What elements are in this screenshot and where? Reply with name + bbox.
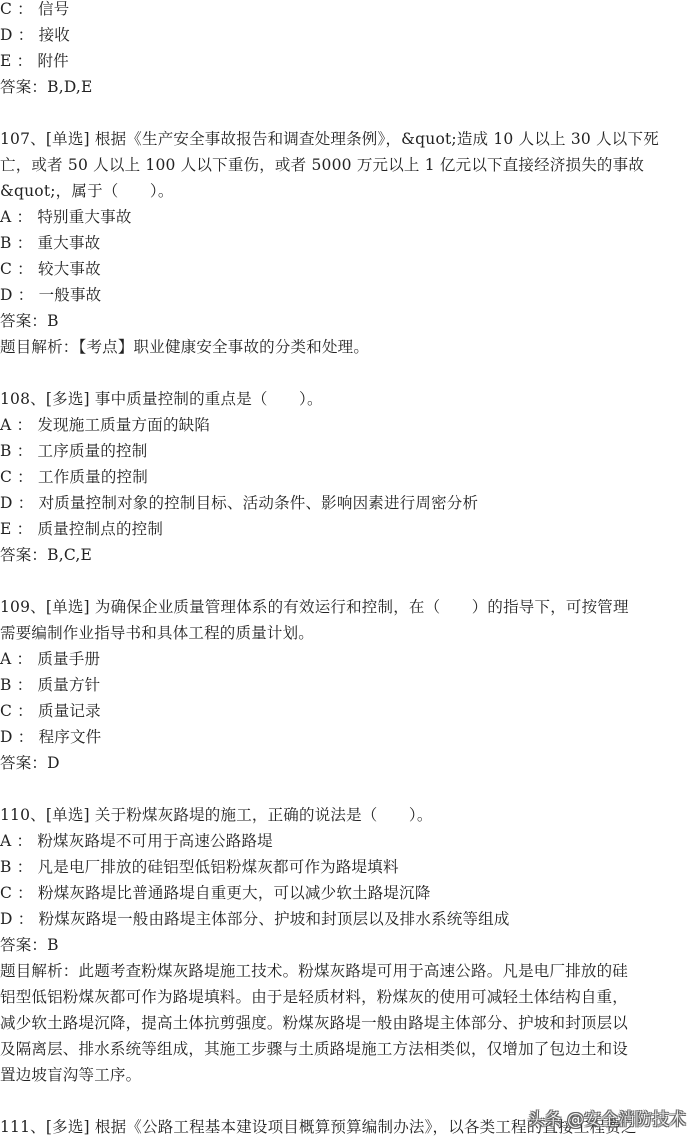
analysis: 置边坡盲沟等工序。 <box>0 1062 700 1088</box>
watermark: 头条 @安全消防技术 <box>528 1105 686 1130</box>
option-b: B ： 质量方针 <box>0 672 700 698</box>
option-d: D ： 一般事故 <box>0 282 700 308</box>
question-stem: 亡，或者 50 人以上 100 人以下重伤，或者 5000 万元以上 1 亿元以… <box>0 152 700 178</box>
option-e: E ： 质量控制点的控制 <box>0 516 700 542</box>
option-c: C ： 信号 <box>0 0 700 22</box>
answer: 答案：B,D,E <box>0 74 700 100</box>
question-stem: 110、[单选] 关于粉煤灰路堤的施工，正确的说法是（ ）。 <box>0 802 700 828</box>
spacer <box>0 100 700 126</box>
option-c: C ： 粉煤灰路堤比普通路堤自重更大，可以减少软土路堤沉降 <box>0 880 700 906</box>
option-b: B ： 凡是电厂排放的硅铝型低铝粉煤灰都可作为路堤填料 <box>0 854 700 880</box>
option-c: C ： 工作质量的控制 <box>0 464 700 490</box>
question-stem: 107、[单选] 根据《生产安全事故报告和调查处理条例》，&quot;造成 10… <box>0 126 700 152</box>
spacer <box>0 776 700 802</box>
analysis: 铝型低铝粉煤灰都可作为路堤填料。由于是轻质材料，粉煤灰的使用可减轻土体结构自重， <box>0 984 700 1010</box>
document-page: C ： 信号 D ： 接收 E ： 附件 答案：B,D,E 107、[单选] 根… <box>0 0 700 1136</box>
option-e: E ： 附件 <box>0 48 700 74</box>
analysis: 题目解析：此题考查粉煤灰路堤施工技术。粉煤灰路堤可用于高速公路。凡是电厂排放的硅 <box>0 958 700 984</box>
option-b: B ： 重大事故 <box>0 230 700 256</box>
answer: 答案：B,C,E <box>0 542 700 568</box>
question-stem: &quot;，属于（ ）。 <box>0 178 700 204</box>
question-fragment: C ： 信号 D ： 接收 E ： 附件 答案：B,D,E <box>0 0 700 100</box>
option-d: D ： 接收 <box>0 22 700 48</box>
answer: 答案：D <box>0 750 700 776</box>
analysis: 题目解析：【考点】职业健康安全事故的分类和处理。 <box>0 334 700 360</box>
analysis: 减少软土路堤沉降，提高土体抗剪强度。粉煤灰路堤一般由路堤主体部分、护坡和封顶层以 <box>0 1010 700 1036</box>
question-108: 108、[多选] 事中质量控制的重点是（ ）。 A ： 发现施工质量方面的缺陷 … <box>0 386 700 568</box>
option-d: D ： 对质量控制对象的控制目标、活动条件、影响因素进行周密分析 <box>0 490 700 516</box>
option-d: D ： 粉煤灰路堤一般由路堤主体部分、护坡和封顶层以及排水系统等组成 <box>0 906 700 932</box>
question-stem: 108、[多选] 事中质量控制的重点是（ ）。 <box>0 386 700 412</box>
question-stem: 需要编制作业指导书和具体工程的质量计划。 <box>0 620 700 646</box>
question-107: 107、[单选] 根据《生产安全事故报告和调查处理条例》，&quot;造成 10… <box>0 126 700 360</box>
answer: 答案：B <box>0 932 700 958</box>
option-a: A ： 质量手册 <box>0 646 700 672</box>
answer: 答案：B <box>0 308 700 334</box>
question-109: 109、[单选] 为确保企业质量管理体系的有效运行和控制，在（ ）的指导下，可按… <box>0 594 700 776</box>
option-a: A ： 发现施工质量方面的缺陷 <box>0 412 700 438</box>
option-d: D ： 程序文件 <box>0 724 700 750</box>
option-a: A ： 粉煤灰路堤不可用于高速公路路堤 <box>0 828 700 854</box>
question-110: 110、[单选] 关于粉煤灰路堤的施工，正确的说法是（ ）。 A ： 粉煤灰路堤… <box>0 802 700 1088</box>
option-c: C ： 质量记录 <box>0 698 700 724</box>
question-stem: 109、[单选] 为确保企业质量管理体系的有效运行和控制，在（ ）的指导下，可按… <box>0 594 700 620</box>
option-c: C ： 较大事故 <box>0 256 700 282</box>
spacer <box>0 568 700 594</box>
option-a: A ： 特别重大事故 <box>0 204 700 230</box>
spacer <box>0 360 700 386</box>
analysis: 及隔离层、排水系统等组成，其施工步骤与土质路堤施工方法相类似，仅增加了包边土和设 <box>0 1036 700 1062</box>
option-b: B ： 工序质量的控制 <box>0 438 700 464</box>
